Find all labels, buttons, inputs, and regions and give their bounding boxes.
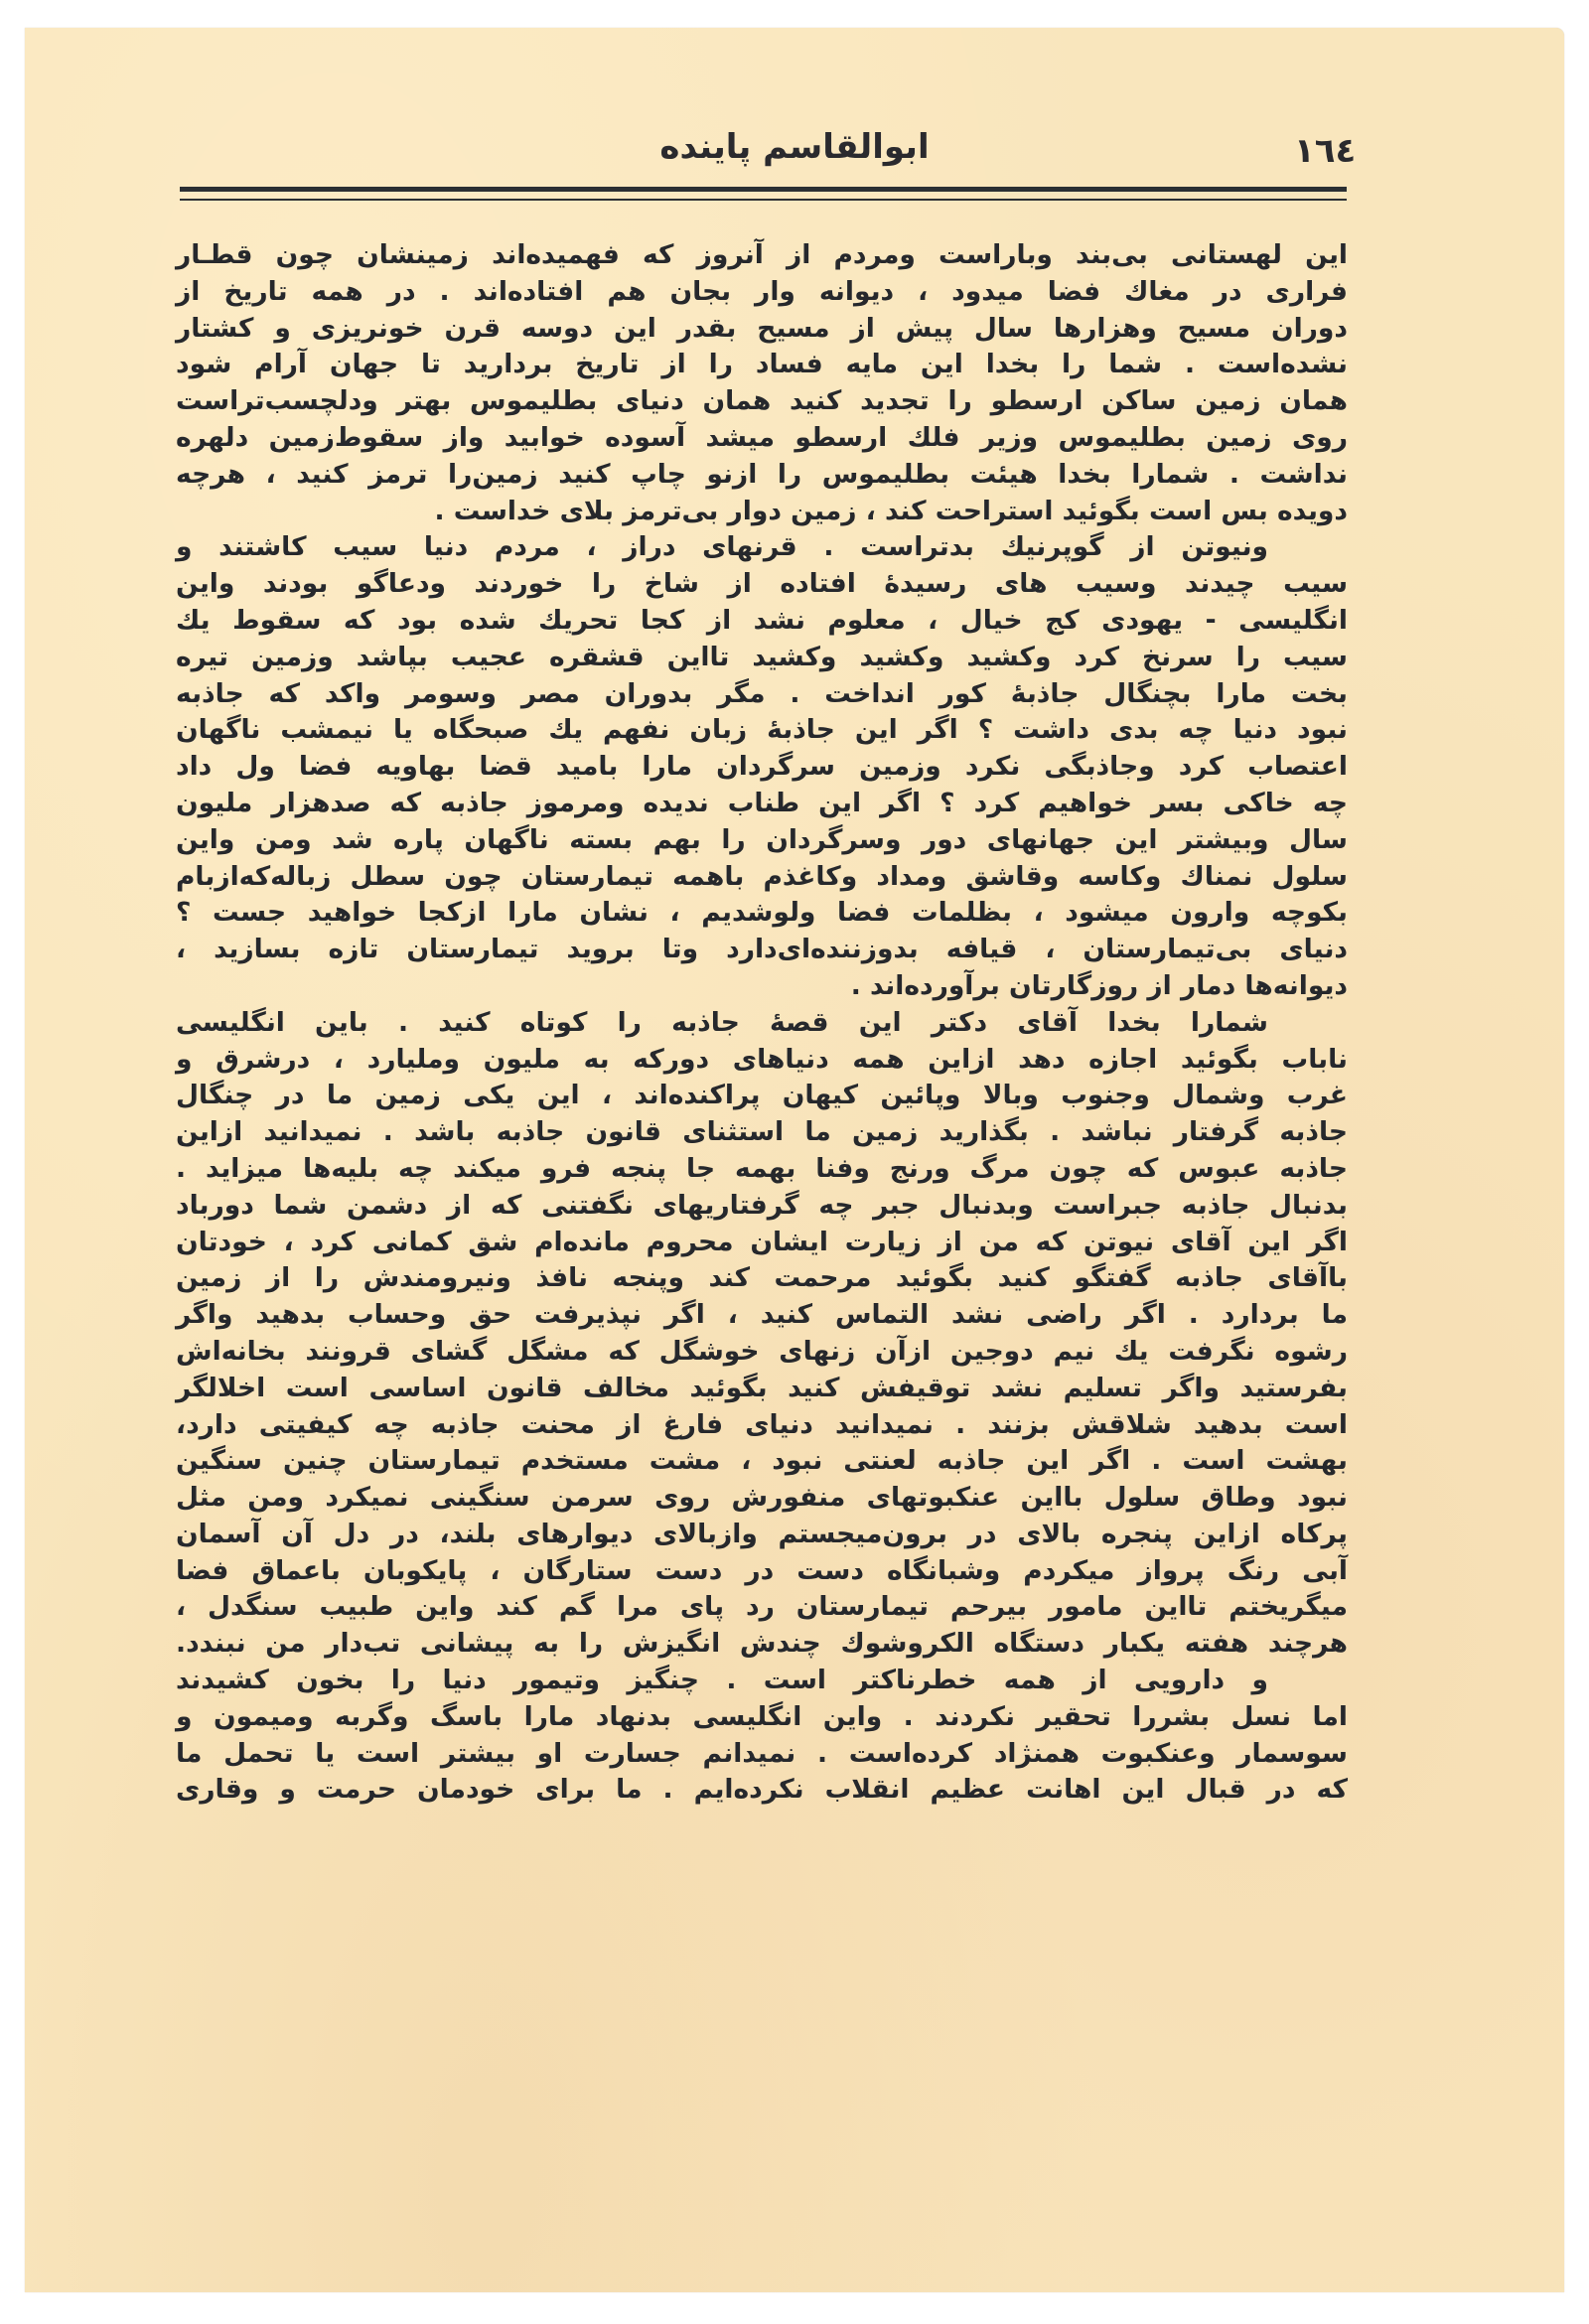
text-line: بهشت است . اگر این جاذبه لعنتی نبود ، مش… <box>176 1443 1348 1480</box>
text-line: روی زمین بطلیموس وزیر فلك ارسطو میشد آسو… <box>176 420 1348 457</box>
text-line-paragraph-start: شمارا بخدا آقای دکتر این قصهٔ جاذبه را ک… <box>176 1005 1348 1042</box>
text-line: میگریختم تااین مامور بیرحم تیمارستان رد … <box>176 1589 1348 1626</box>
text-line: هرچند هفته یکبار دستگاه الکروشوك چندش ان… <box>176 1626 1348 1663</box>
text-line: فراری در مغاك فضا میدود ، دیوانه وار بجا… <box>176 274 1348 311</box>
body-text: این لهستانی بی‌بند وباراست ومردم از آنرو… <box>176 237 1348 1809</box>
text-line: غرب وشمال وجنوب وبالا وپائین کیهان پراکن… <box>176 1078 1348 1114</box>
text-line: بخت مارا بچنگال جاذبهٔ کور انداخت . مگر … <box>176 676 1348 713</box>
text-line: همان زمین ساکن ارسطو را تجدید کنید همان … <box>176 383 1348 420</box>
text-line: پرکاه ازاین پنجره بالای در برون‌میجستم و… <box>176 1517 1348 1553</box>
text-line: دنیای بی‌تیمارستان ، قیافه بدوزننده‌ای‌د… <box>176 932 1348 968</box>
text-line-paragraph-start: و دارویی از همه خطرناکتر است . چنگیز وتی… <box>176 1663 1348 1699</box>
text-line: دوران مسیح وهزارها سال پیش از مسیح بقدر … <box>176 311 1348 348</box>
page-header: ١٦٤ ابوالقاسم پاینده <box>25 28 1564 226</box>
text-line: باآقای جاذبه گفتگو کنید بگوئید مرحمت کند… <box>176 1260 1348 1297</box>
scanned-page: ١٦٤ ابوالقاسم پاینده این لهستانی بی‌بند … <box>25 28 1564 2292</box>
text-line: بکوچه وارون میشود ، بظلمات فضا ولوشدیم ،… <box>176 895 1348 932</box>
header-rule-thick <box>180 187 1347 192</box>
text-line: بفرستید واگر تسلیم نشد توقیفش کنید بگوئی… <box>176 1371 1348 1407</box>
text-line-paragraph-start: ونیوتن از گوپرنیك بدتراست . قرنهای دراز … <box>176 529 1348 566</box>
text-line: اما نسل بشررا تحقیر نکردند . واین انگلیس… <box>176 1699 1348 1736</box>
text-line: اعتصاب کرد وجاذبگی نکرد وزمین سرگردان ما… <box>176 749 1348 786</box>
text-line: این لهستانی بی‌بند وباراست ومردم از آنرو… <box>176 237 1348 274</box>
text-line: سوسمار وعنکبوت همنژاد کرده‌است . نمیدانم… <box>176 1736 1348 1773</box>
text-line-paragraph-end: دیوانه‌ها دمار از روزگارتان برآورده‌اند … <box>176 968 1348 1005</box>
header-rule-thin <box>180 199 1347 201</box>
text-line: سیب را سرنخ کرد وکشید وکشید وکشید تااین … <box>176 640 1348 676</box>
text-line: اگر این آقای نیوتن که من از زیارت ایشان … <box>176 1225 1348 1261</box>
text-line: انگلیسی - یهودی کج خیال ، معلوم نشد از ک… <box>176 603 1348 640</box>
text-line: است بدهید شلاقش بزنند . نمیدانید دنیای ف… <box>176 1407 1348 1444</box>
text-line: آبی رنگ پرواز میکردم وشبانگاه دست در دست… <box>176 1553 1348 1590</box>
text-line: نبود وطاق سلول بااین عنکبوتهای منفورش رو… <box>176 1480 1348 1517</box>
text-line: سال وبیشتر این جهانهای دور وسرگردان را ب… <box>176 822 1348 859</box>
text-line: که در قبال این اهانت عظیم انقلاب نکرده‌ا… <box>176 1772 1348 1809</box>
text-line-paragraph-end: دویده بس است بگوئید استراحت کند ، زمین د… <box>176 494 1348 530</box>
text-line: سلول نمناك وکاسه وقاشق ومداد وکاغذم باهم… <box>176 859 1348 896</box>
text-line: چه خاکی بسر خواهیم کرد ؟ اگر این طناب ند… <box>176 786 1348 822</box>
text-line: جاذبه عبوس که چون مرگ ورنج وفنا بهمه جا … <box>176 1151 1348 1188</box>
text-line: بدنبال جاذبه جبراست وبدنبال جبر چه گرفتا… <box>176 1188 1348 1225</box>
text-line: نبود دنیا چه بدی داشت ؟ اگر این جاذبهٔ ز… <box>176 712 1348 749</box>
text-line: نشده‌است . شما را بخدا این مایه فساد را … <box>176 347 1348 383</box>
text-line: نداشت . شمارا بخدا هیئت بطلیموس را ازنو … <box>176 457 1348 494</box>
text-line: سیب چیدند وسیب های رسیدهٔ افتاده از شاخ … <box>176 566 1348 603</box>
text-line: ناباب بگوئید اجازه دهد ازاین همه دنیاهای… <box>176 1042 1348 1079</box>
text-line: ما بردارد . اگر راضی نشد التماس کنید ، ا… <box>176 1297 1348 1334</box>
text-line: جاذبه گرفتار نباشد . بگذارید زمین ما است… <box>176 1114 1348 1151</box>
text-line: رشوه نگرفت یك نیم دوجین ازآن زنهای خوشگل… <box>176 1334 1348 1371</box>
running-title: ابوالقاسم پاینده <box>25 127 1564 167</box>
